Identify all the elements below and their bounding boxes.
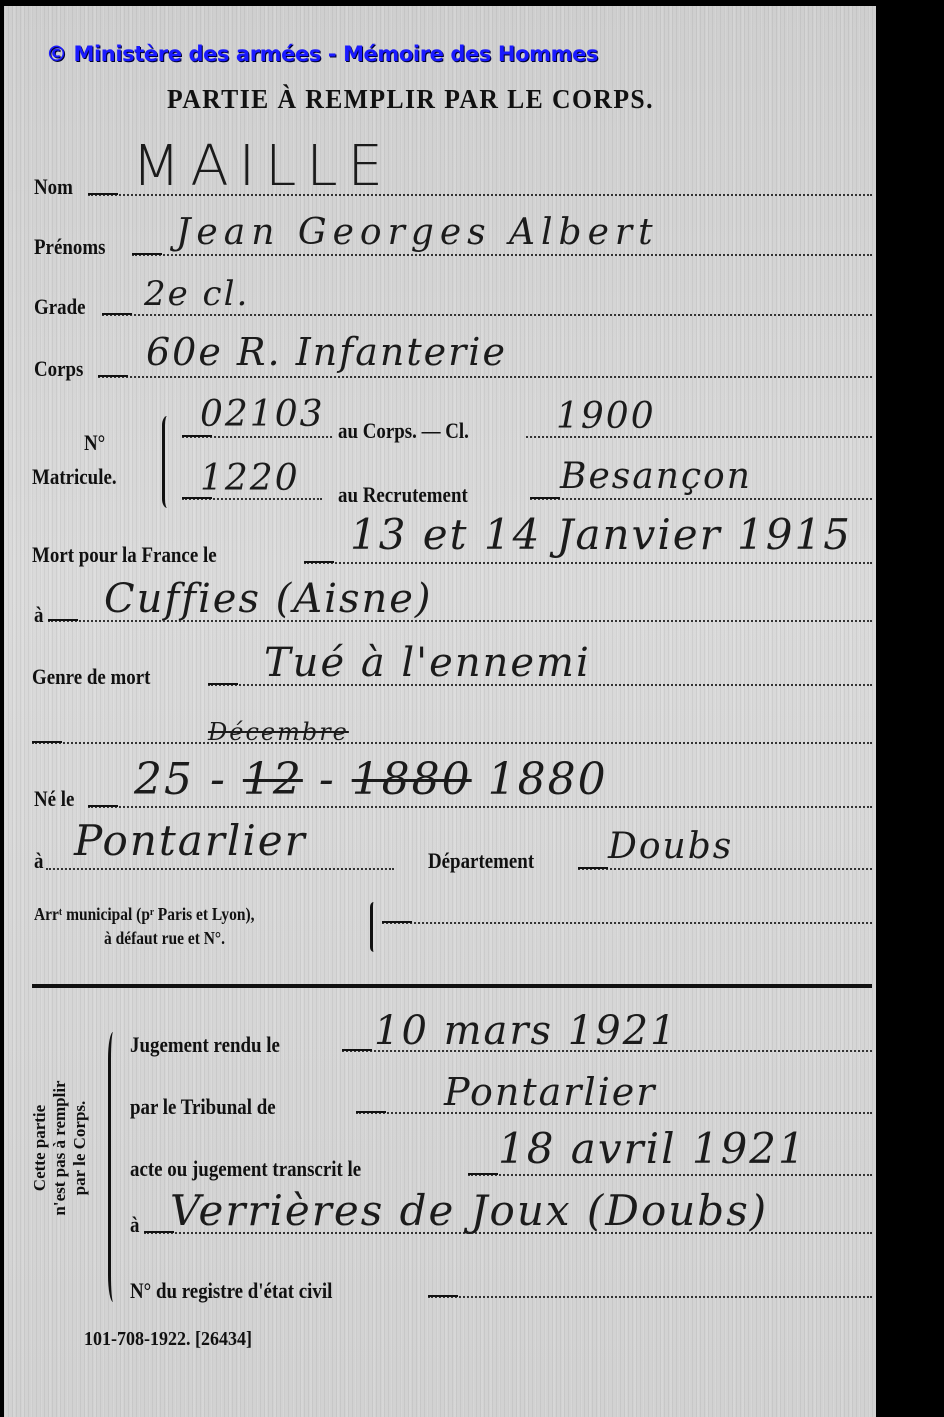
side-note-line-1: Cette partie [30,1068,50,1228]
jugement-label: Jugement rendu le [130,1032,280,1058]
corps-value: 60e R. Infanterie [146,330,507,374]
naissance-value: 25 - 12 - 1880 1880 [134,754,608,805]
naissance-year-struck: 1880 [352,754,472,805]
departement-label: Département [428,848,534,874]
au-corps-classe-label: au Corps. — Cl. [338,418,469,444]
side-note: Cette partie n'est pas à remplir par le … [30,1068,90,1228]
transcrit-line [468,1174,872,1176]
mort-value: 13 et 14 Janvier 1915 [350,510,852,559]
recrutement-value: Besançon [560,456,752,497]
recrutement-number: 1220 [200,458,300,499]
naissance-month-struck: 12 [243,754,303,805]
lieu-mort-value: Cuffies (Aisne) [104,576,433,622]
genre-mort-label: Genre de mort [32,664,150,690]
side-note-line-3: par le Corps. [70,1068,90,1228]
genre-mort-value: Tué à l'ennemi [264,640,591,686]
mort-line [304,562,872,564]
arrondissement-label-2: à défaut rue et N°. [104,928,225,949]
naissance-day: 25 [134,754,194,805]
lieu-mort-label: à [34,602,43,628]
print-reference: 101-708-1922. [26434] [84,1328,252,1351]
matricule-brace [162,416,175,508]
classe-value: 1900 [556,396,656,437]
matricule-corps-line [182,436,332,438]
mort-label: Mort pour la France le [32,542,217,568]
recrutement-line [530,498,872,500]
departement-line [578,868,872,870]
lieu-naissance-value: Pontarlier [74,816,307,865]
lieu-naissance-label: à [34,848,43,874]
document-card: © Ministère des armées - Mémoire des Hom… [4,6,876,1417]
copyright-watermark: © Ministère des armées - Mémoire des Hom… [46,42,598,66]
grade-label: Grade [34,294,86,320]
prenoms-label: Prénoms [34,234,105,260]
transcrit-label: acte ou jugement transcrit le [130,1156,361,1182]
lieu-transcription-label: à [130,1212,139,1238]
section-divider [32,984,872,988]
nom-value: MAILLE [132,134,393,199]
departement-value: Doubs [608,826,733,867]
arrondissement-line [382,922,872,924]
naissance-label: Né le [34,786,74,812]
arrondissement-brace [370,902,379,952]
grade-value: 2e cl. [144,274,249,314]
recrutement-label: au Recrutement [338,482,468,508]
decembre-annotation: Décembre [208,718,349,746]
corps-label: Corps [34,356,83,382]
registre-label: N° du registre d'état civil [130,1278,332,1304]
corps-line [98,376,872,378]
matricule-label-no: N° [84,430,105,456]
nom-label: Nom [34,174,73,200]
grade-line [102,314,872,316]
form-heading: PARTIE À REMPLIR PAR LE CORPS. [167,84,654,115]
prenoms-value: Jean Georges Albert [176,212,659,253]
side-note-line-2: n'est pas à remplir [50,1068,70,1228]
tribunal-label: par le Tribunal de [130,1094,276,1120]
prenoms-line [132,254,872,256]
matricule-label: Matricule. [32,464,117,490]
lieu-transcription-value: Verrières de Joux (Doubs) [170,1186,768,1235]
tribunal-value: Pontarlier [444,1070,656,1114]
civil-section-brace [108,1032,121,1302]
naissance-line [88,806,872,808]
registre-line [428,1296,872,1298]
matricule-corps-value: 02103 [200,394,325,435]
arrondissement-label-1: Arrᵗ municipal (pʳ Paris et Lyon), [34,904,254,925]
transcrit-value: 18 avril 1921 [498,1124,807,1173]
blank-line [32,742,872,744]
naissance-year: 1880 [488,754,608,805]
jugement-value: 10 mars 1921 [374,1008,678,1054]
lieu-naissance-line [46,868,394,870]
